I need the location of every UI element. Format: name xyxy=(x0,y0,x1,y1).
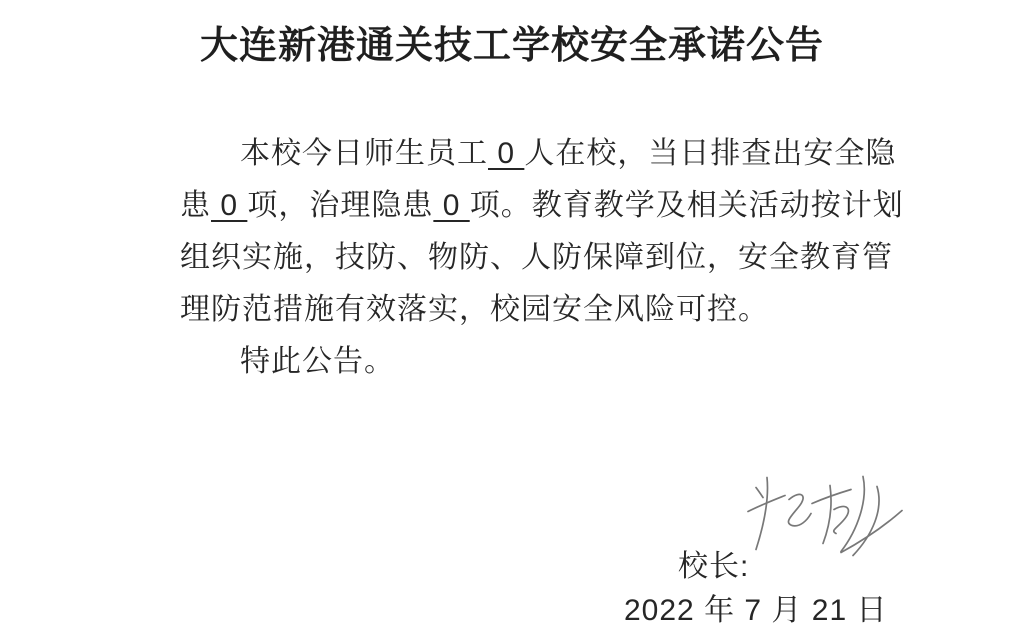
principal-label: 校长: xyxy=(678,541,749,585)
body-text-segment: 理防范措施有效落实，校园安全风险可控。 xyxy=(180,293,769,326)
principal-signature-icon xyxy=(744,468,904,566)
body-text-segment: 组织实施，技防、物防、人防保障到位，安全教育管 xyxy=(180,241,893,274)
body-line: 组织实施，技防、物防、人防保障到位，安全教育管 xyxy=(180,232,880,284)
body-text-segment: 人在校，当日排查出安全隐 xyxy=(524,137,896,170)
underlined-zero-value: 0 xyxy=(211,189,247,222)
announcement-date: 2022 年 7 月 21 日 xyxy=(624,585,887,629)
body-line: 患 0 项，治理隐患 0 项。教育教学及相关活动按计划 xyxy=(180,180,880,232)
announcement-page: 大连新港通关技工学校安全承诺公告 本校今日师生员工 0 人在校，当日排查出安全隐… xyxy=(0,0,1024,630)
announcement-title: 大连新港通关技工学校安全承诺公告 xyxy=(0,14,1024,69)
underlined-zero-value: 0 xyxy=(433,189,469,222)
body-line: 本校今日师生员工 0 人在校，当日排查出安全隐 xyxy=(180,128,880,180)
body-line: 理防范措施有效落实，校园安全风险可控。 xyxy=(180,284,880,336)
body-text-segment: 特此公告。 xyxy=(240,345,395,378)
body-closing-line: 特此公告。 xyxy=(180,336,880,388)
announcement-body: 本校今日师生员工 0 人在校，当日排查出安全隐 患 0 项，治理隐患 0 项。教… xyxy=(180,128,880,388)
body-text-segment: 项，治理隐患 xyxy=(247,189,433,222)
body-text-segment: 项。教育教学及相关活动按计划 xyxy=(470,189,904,222)
body-text-segment: 本校今日师生员工 xyxy=(240,137,488,170)
underlined-zero-value: 0 xyxy=(488,137,524,170)
body-text-segment: 患 xyxy=(180,189,211,222)
